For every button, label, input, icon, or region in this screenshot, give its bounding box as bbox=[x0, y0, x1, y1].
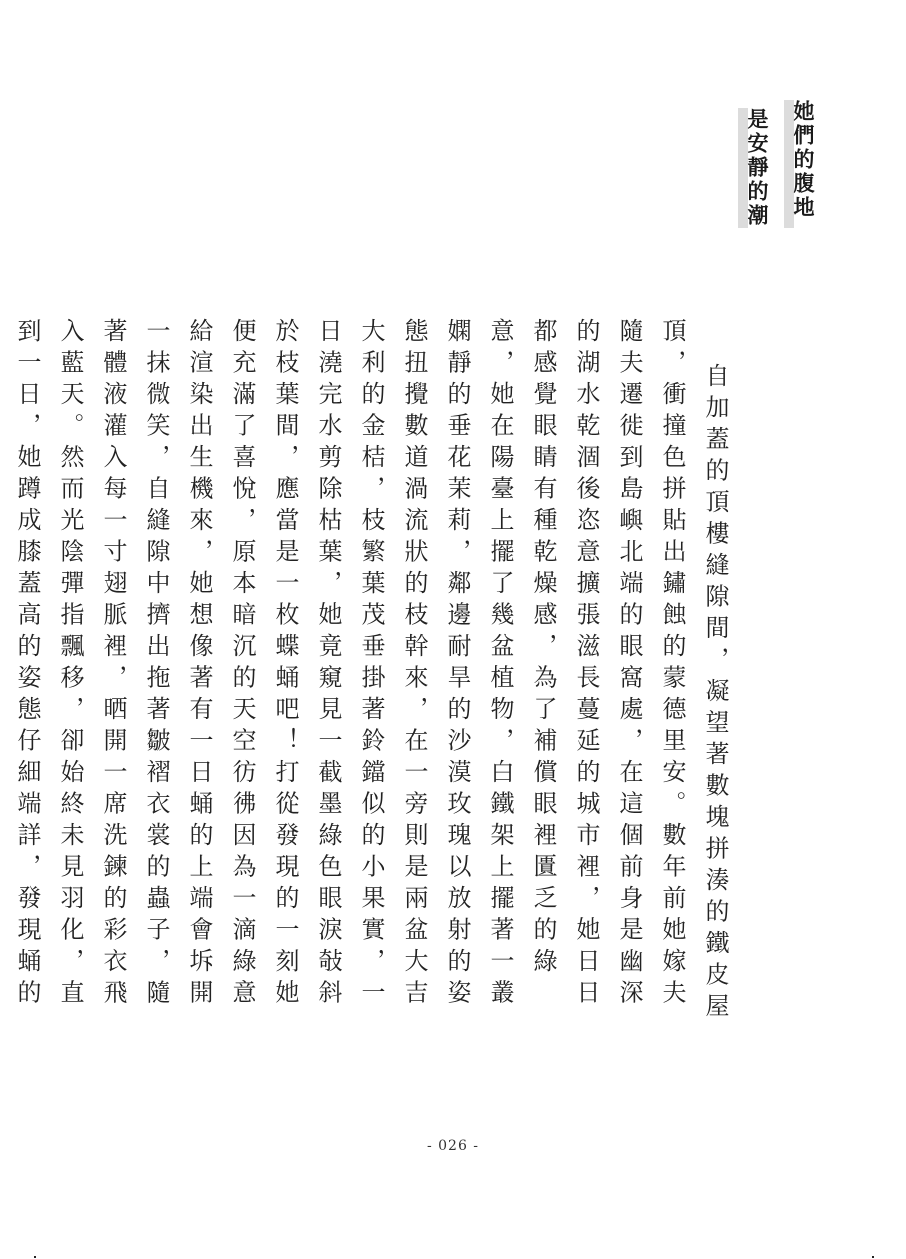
page-number: - 026 - bbox=[0, 1138, 906, 1154]
body-text: 自加蓋的頂樓縫隙間，凝望著數塊拼湊的鐵皮屋頂，衝撞色拼貼出鏽蝕的蒙德里安。數年前… bbox=[196, 318, 736, 1038]
running-title: 她們的腹地 是安靜的潮 bbox=[738, 100, 818, 228]
running-title-line-2: 是安靜的潮 bbox=[738, 108, 772, 228]
body-paragraph: 自加蓋的頂樓縫隙間，凝望著數塊拼湊的鐵皮屋頂，衝撞色拼貼出鏽蝕的蒙德里安。數年前… bbox=[0, 318, 736, 1038]
crop-mark-right bbox=[872, 1256, 874, 1258]
running-title-line-1: 她們的腹地 bbox=[784, 100, 818, 228]
crop-mark-left bbox=[34, 1256, 36, 1258]
